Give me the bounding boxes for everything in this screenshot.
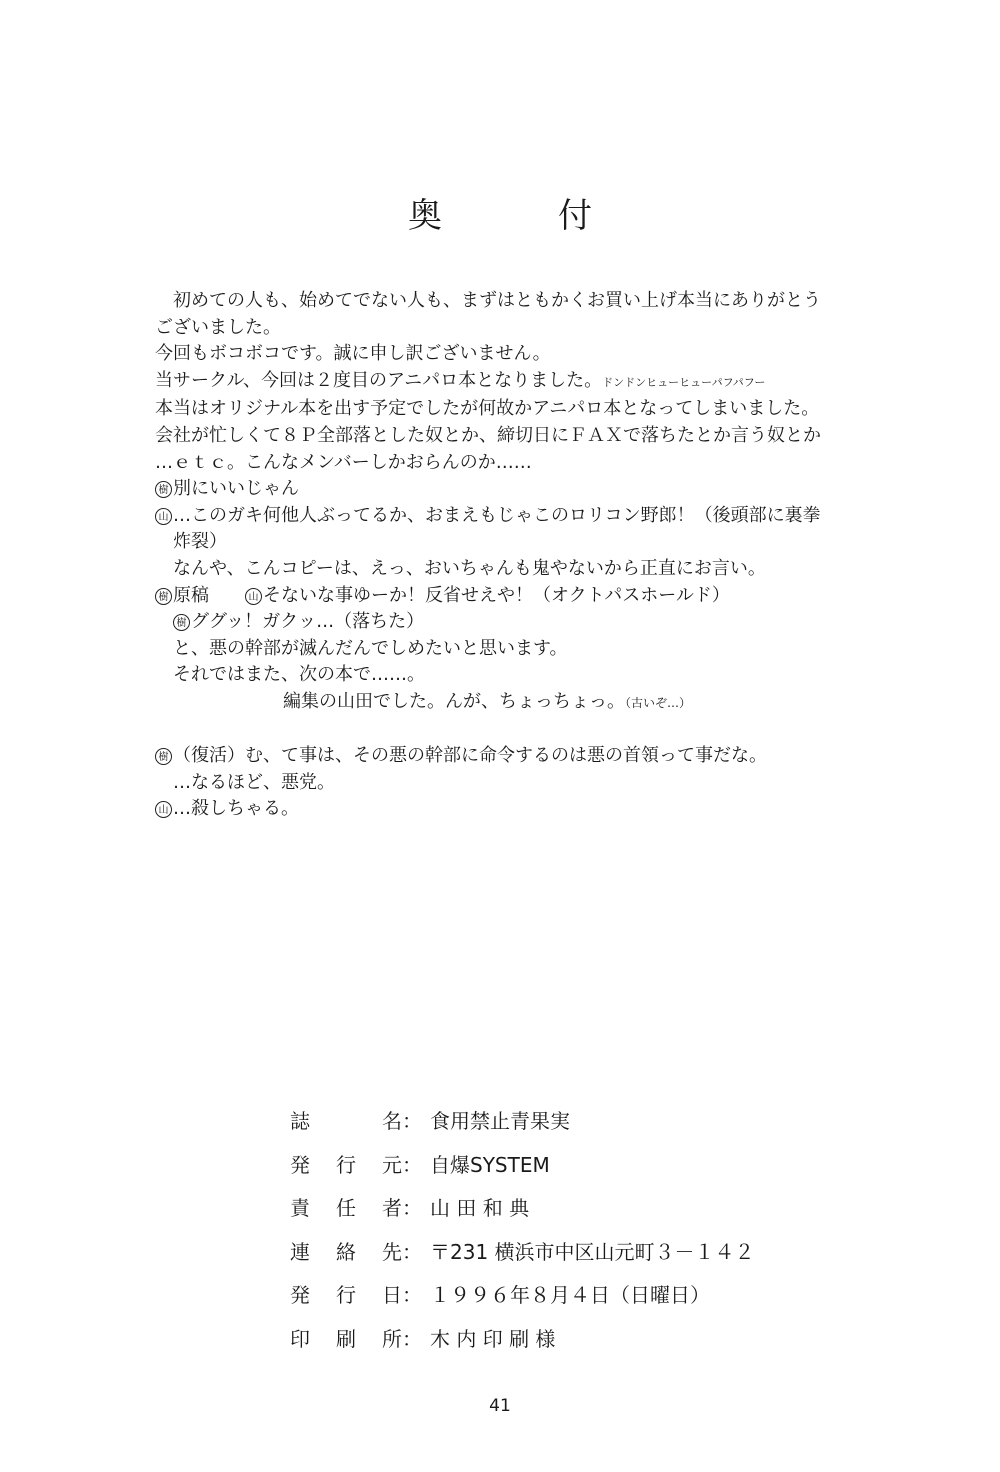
text-line: ございました。 (155, 315, 875, 342)
dialogue-line: 山…このガキ何他人ぶってるか、おまえもじゃこのロリコン野郎！（後頭部に裏拳 (155, 503, 875, 530)
dialogue-line: 樹ググッ！ガクッ…（落ちた） (155, 609, 875, 636)
text-line: と、悪の幹部が滅んだんでしめたいと思います。 (155, 636, 875, 663)
dialogue-line: 山…殺しちゃる。 (155, 796, 875, 823)
text-line: 今回もボコボコです。誠に申し訳ございません。 (155, 341, 875, 368)
colophon-row-date: 発行日： １９９６年８月４日（日曜日） (290, 1272, 755, 1316)
text-line: 初めての人も、始めてでない人も、まずはともかくお買い上げ本当にありがとう (155, 288, 875, 315)
page-number: 41 (0, 1396, 1000, 1416)
afterword-text: 初めての人も、始めてでない人も、まずはともかくお買い上げ本当にありがとう ござい… (155, 288, 875, 823)
speaker-yama-badge: 山 (155, 508, 172, 525)
speaker-ki-badge: 樹 (173, 614, 190, 631)
text-line: 会社が忙しくて８Ｐ全部落とした奴とか、締切日にＦＡＸで落ちたとか言う奴とか (155, 423, 875, 450)
text-line: …ｅｔｃ。こんなメンバーしかおらんのか…… (155, 450, 875, 477)
text-line: …なるほど、悪党。 (155, 770, 875, 797)
speaker-ki-badge: 樹 (155, 588, 172, 605)
text-line: 炸裂） (155, 529, 875, 556)
colophon-row-title: 誌名： 食用禁止青果実 (290, 1098, 755, 1142)
speaker-yama-badge: 山 (245, 588, 262, 605)
page-title: 奥付 (0, 188, 1000, 237)
colophon: 誌名： 食用禁止青果実 発行元： 自爆SYSTEM 責任者： 山 田 和 典 連… (290, 1098, 755, 1359)
speaker-ki-badge: 樹 (155, 481, 172, 498)
speaker-yama-badge: 山 (155, 801, 172, 818)
dialogue-line: 樹原稿山そないな事ゆーか！反省せえや！（オクトパスホールド） (155, 583, 875, 610)
dialogue-line: 樹（復活）む、て事は、その悪の幹部に命令するのは悪の首領って事だな。 (155, 743, 875, 770)
colophon-row-contact: 連絡先： 〒231 横浜市中区山元町３－１４２ (290, 1229, 755, 1273)
aside-note: （古いぞ…） (625, 696, 691, 710)
title-char-2: 付 (558, 188, 592, 237)
text-line: なんや、こんコピーは、えっ、おいちゃんも鬼やないから正直にお言い。 (155, 556, 875, 583)
text-line: 編集の山田でした。んが、ちょっちょっ。（古いぞ…） (155, 689, 875, 717)
colophon-row-printer: 印刷所： 木 内 印 刷 様 (290, 1316, 755, 1360)
text-line: 本当はオリジナル本を出す予定でしたが何故かアニパロ本となってしまいました。 (155, 396, 875, 423)
text-line: 当サークル、今回は２度目のアニパロ本となりました。ドンドンヒューヒューパフパフー (155, 368, 875, 397)
speaker-ki-badge: 樹 (155, 748, 172, 765)
dialogue-line: 樹別にいいじゃん (155, 476, 875, 503)
colophon-row-editor: 責任者： 山 田 和 典 (290, 1185, 755, 1229)
title-char-1: 奥 (408, 188, 442, 237)
sound-effect-note: ドンドンヒューヒューパフパフー (602, 376, 765, 389)
text-line: それではまた、次の本で……。 (155, 662, 875, 689)
colophon-row-publisher: 発行元： 自爆SYSTEM (290, 1142, 755, 1186)
